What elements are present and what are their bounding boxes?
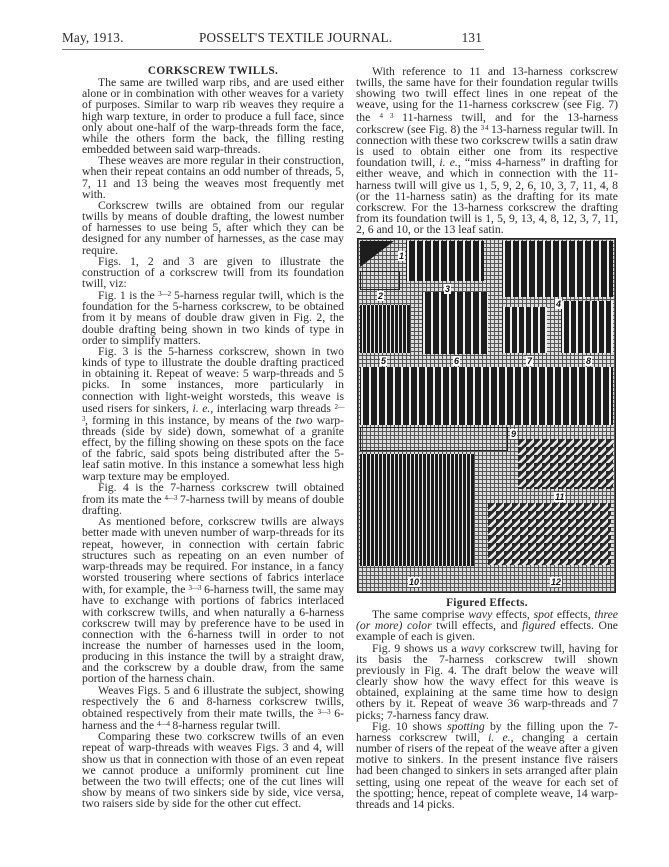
paragraph: Figs. 1, 2 and 3 are given to illustrate… bbox=[82, 256, 344, 289]
paragraph: The same are twilled warp ribs, and are … bbox=[82, 77, 344, 155]
paragraph: These weaves are more regular in their c… bbox=[82, 155, 344, 200]
paragraph: Weaves Figs. 5 and 6 illustrate the subj… bbox=[82, 685, 344, 732]
twill-fraction: 4—3 bbox=[165, 494, 178, 502]
paragraph: Comparing these two corkscrew twills of … bbox=[82, 731, 344, 809]
fig-label-4: 4 bbox=[555, 299, 562, 309]
fig-label-2: 2 bbox=[377, 291, 384, 301]
left-column: CORKSCREW TWILLS. The same are twilled w… bbox=[82, 66, 344, 809]
fig-label-6: 6 bbox=[453, 356, 460, 366]
fig-2-draft bbox=[360, 271, 400, 290]
paragraph: Corkscrew twills are obtained from our r… bbox=[82, 200, 344, 256]
twill-fraction: 3—3 bbox=[318, 708, 331, 716]
fig-label-10: 10 bbox=[408, 577, 420, 587]
fig-4-weave-top bbox=[502, 241, 613, 297]
paragraph: As mentioned before, corkscrew twills ar… bbox=[82, 516, 344, 684]
fig-label-1: 1 bbox=[398, 251, 405, 261]
paragraph: Fig. 4 is the 7-harness corkscrew twill … bbox=[82, 482, 344, 516]
fig-11-weave bbox=[518, 439, 613, 489]
fig-5-weave bbox=[360, 305, 410, 353]
fig-1-weave bbox=[360, 241, 394, 267]
fig-9-draft bbox=[360, 427, 508, 451]
paragraph: Fig. 3 is the 5-harness corkscrew, shown… bbox=[82, 346, 344, 482]
right-column-bottom: Figured Effects. The same comprise wavy … bbox=[356, 598, 618, 810]
paragraph: Fig. 1 is the 3—2 5-harness regular twil… bbox=[82, 289, 344, 346]
fig-6-weave bbox=[422, 292, 488, 354]
paragraph: Fig. 9 shows us a wavy corkscrew twill, … bbox=[356, 643, 618, 721]
fig-7-weave bbox=[502, 307, 547, 353]
page-header: May, 1913. POSSELT'S TEXTILE JOURNAL. 13… bbox=[62, 30, 482, 50]
fig-9-weave bbox=[360, 367, 613, 425]
issue-date: May, 1913. bbox=[62, 30, 124, 46]
page-number: 131 bbox=[462, 30, 482, 46]
text: figured bbox=[522, 619, 555, 632]
right-column-top: With reference to 11 and 13-harness cork… bbox=[356, 66, 618, 235]
paragraph: The same comprise wavy effects, spot eff… bbox=[356, 609, 618, 642]
text: warp-threads (side by side) down, somewh… bbox=[82, 414, 344, 483]
text: Weaves Figs. 5 and 6 illustrate the subj… bbox=[82, 684, 344, 720]
text: 6-harness twill, the same may have to ex… bbox=[82, 583, 344, 685]
text: , “miss 4-harness” in drafting for eithe… bbox=[356, 156, 618, 236]
paragraph: Fig. 10 shows spotting by the filling up… bbox=[356, 721, 618, 810]
twill-fraction: 4 3 bbox=[379, 112, 393, 120]
fig-label-9: 9 bbox=[510, 429, 517, 439]
fig-label-5: 5 bbox=[380, 356, 387, 366]
fig-label-11: 11 bbox=[554, 492, 565, 502]
text: , changing a certain number of risers of… bbox=[356, 731, 618, 811]
fig-label-3: 3 bbox=[444, 284, 451, 294]
fig-8-weave bbox=[561, 301, 613, 353]
twill-fraction: 3—2 bbox=[158, 290, 171, 298]
text: , interlacing warp threads bbox=[210, 402, 334, 415]
journal-title: POSSELT'S TEXTILE JOURNAL. bbox=[199, 30, 392, 46]
fig-label-8: 8 bbox=[585, 356, 592, 366]
text: i. e. bbox=[193, 402, 211, 415]
twill-fraction: 3—3 bbox=[188, 584, 201, 592]
paragraph: With reference to 11 and 13-harness cork… bbox=[356, 66, 618, 235]
header-rule bbox=[62, 49, 484, 50]
fig-label-7: 7 bbox=[526, 356, 533, 366]
fig-3-weave bbox=[406, 241, 484, 281]
fig-label-12: 12 bbox=[550, 577, 562, 587]
fig-12-weave bbox=[488, 503, 611, 565]
text: corkscrew twill, having for its basis th… bbox=[356, 642, 618, 722]
twill-fraction: 4—4 bbox=[157, 720, 170, 728]
twill-fraction: 3 4 bbox=[481, 124, 488, 132]
weave-figures-1-12: 1 2 3 4 5 6 7 8 9 10 11 12 bbox=[357, 238, 616, 593]
fig-10-weave bbox=[360, 454, 474, 566]
